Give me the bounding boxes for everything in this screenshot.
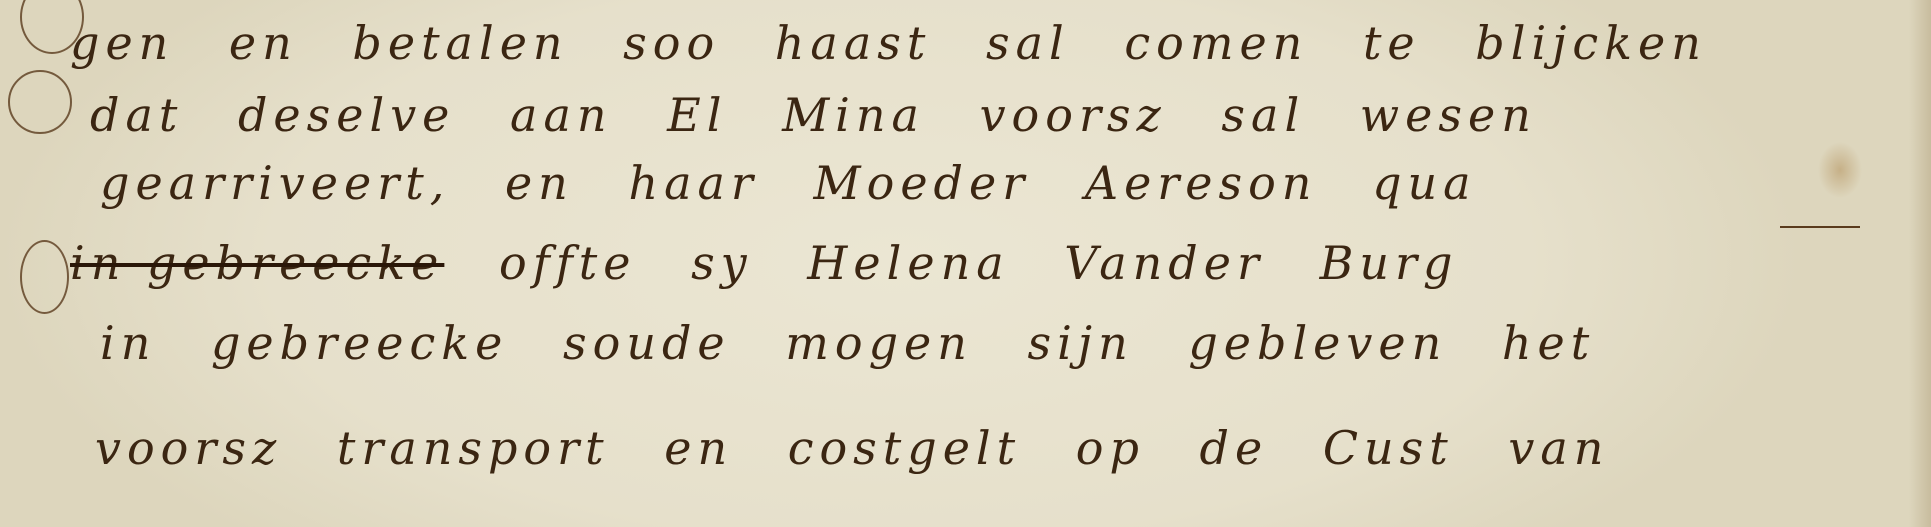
word: van [1508, 425, 1609, 471]
word: sy [691, 240, 753, 286]
word: te [1363, 20, 1421, 66]
word: de [1200, 425, 1269, 471]
word: dat [90, 92, 183, 138]
word: aan [510, 92, 612, 138]
word: Moeder [814, 160, 1031, 206]
word: sijn [1027, 320, 1133, 366]
word: Vander [1064, 240, 1265, 286]
word: en [229, 20, 298, 66]
line-end-dash [1780, 226, 1860, 228]
word: gearriveert, [100, 160, 450, 206]
word: haar [628, 160, 758, 206]
word: costgelt [788, 425, 1021, 471]
word: voorsz [980, 92, 1167, 138]
word: El [667, 92, 727, 138]
word: comen [1124, 20, 1308, 66]
flourish-loop-line2 [8, 70, 72, 134]
word: Cust [1323, 425, 1454, 471]
word: qua [1372, 160, 1477, 206]
manuscript-line-4: in gebreecke offte sy Helena Vander Burg [70, 240, 1492, 286]
word: blijcken [1475, 20, 1707, 66]
word: op [1076, 425, 1145, 471]
word: wesen [1360, 92, 1537, 138]
word: Aereson [1085, 160, 1318, 206]
manuscript-page: gen en betalen soo haast sal comen te bl… [0, 0, 1931, 527]
word: gen [70, 20, 174, 66]
word: Burg [1320, 240, 1459, 286]
word: soo [623, 20, 720, 66]
word: haast [775, 20, 932, 66]
word: offte [499, 240, 636, 286]
manuscript-line-5: in gebreecke soude mogen sijn gebleven h… [100, 320, 1629, 366]
flourish-loop-line4 [20, 240, 69, 314]
word: Helena [807, 240, 1009, 286]
manuscript-line-6: voorsz transport en costgelt op de Cust … [95, 425, 1643, 471]
word: sal [986, 20, 1070, 66]
word: betalen [352, 20, 568, 66]
word: gebreecke [211, 320, 508, 366]
word: het [1502, 320, 1595, 366]
struck-word: in gebreecke [70, 240, 444, 286]
word: gebleven [1188, 320, 1447, 366]
word: soude [563, 320, 731, 366]
word: voorsz [95, 425, 282, 471]
manuscript-line-1: gen en betalen soo haast sal comen te bl… [70, 20, 1741, 66]
word: mogen [785, 320, 973, 366]
manuscript-line-2: dat deselve aan El Mina voorsz sal wesen [90, 92, 1571, 138]
manuscript-line-3: gearriveert, en haar Moeder Aereson qua [100, 160, 1511, 206]
word: Mina [782, 92, 925, 138]
page-edge-shadow [1909, 0, 1931, 527]
word: deselve [238, 92, 455, 138]
word: transport [337, 425, 610, 471]
word: sal [1221, 92, 1305, 138]
word: en [664, 425, 733, 471]
word: en [505, 160, 574, 206]
word: in [100, 320, 156, 366]
